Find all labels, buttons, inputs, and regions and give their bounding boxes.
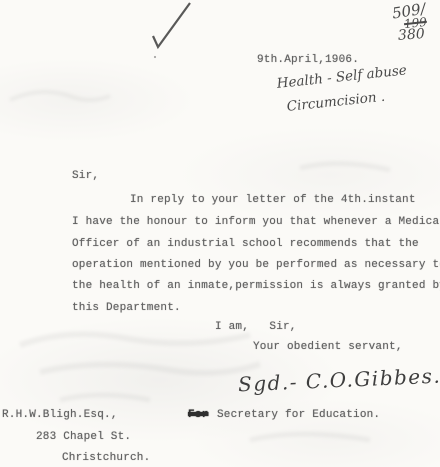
signature: Sgd.- C.O.Gibbes.: [238, 364, 440, 397]
body-line: this Department.: [72, 302, 181, 314]
subject-annotation-line1: Health - Self abuse: [276, 62, 408, 92]
body-line: the health of an inmate,permission is al…: [72, 280, 440, 292]
closing-i-am-sir: I am, Sir,: [215, 321, 297, 333]
letter-date: 9th.April,1906.: [257, 54, 359, 66]
recipient-name: R.H.W.Bligh.Esq.,: [2, 409, 118, 421]
checkmark-icon: [138, 0, 198, 62]
recipient-street: 283 Chapel St.: [36, 431, 131, 443]
salutation: Sir,: [72, 170, 99, 182]
body-line: In reply to your letter of the 4th.insta…: [130, 194, 416, 206]
struck-word-for: For: [188, 409, 208, 421]
file-number-bottom: 380: [397, 26, 425, 44]
closing-obedient-servant: Your obedient servant,: [253, 341, 403, 353]
body-line: I have the honour to inform you that whe…: [72, 216, 440, 228]
subject-annotation-line2: Circumcision .: [286, 89, 386, 115]
recipient-city: Christchurch.: [62, 452, 150, 464]
body-line: operation mentioned by you be performed …: [72, 259, 440, 271]
signature-title: Secretary for Education.: [217, 409, 380, 421]
body-line: Officer of an industrial school recommen…: [72, 238, 419, 250]
letter-page: 509/ 199 380 9th.April,1906. Health - Se…: [0, 0, 440, 467]
